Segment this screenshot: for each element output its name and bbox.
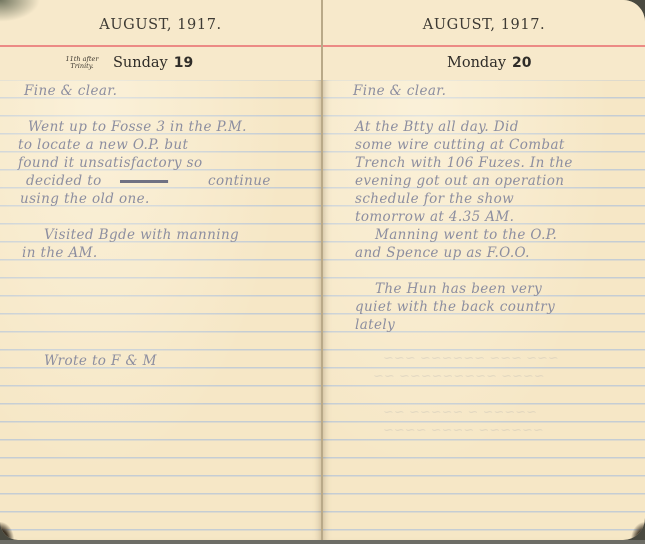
handwritten-line: Went up to Fosse 3 in the P.M.	[28, 119, 247, 135]
handwritten-line: Visited Bgde with manning	[44, 227, 239, 243]
left-day-row: 11th after Trinity. Sunday19	[0, 54, 321, 74]
left-day-number: 19	[174, 55, 193, 71]
handwritten-line: some wire cutting at Combat	[355, 137, 565, 153]
left-page: AUGUST, 1917. 11th after Trinity. Sunday…	[0, 0, 321, 540]
right-weekday: Monday	[447, 55, 506, 71]
left-red-rule	[0, 45, 321, 47]
handwritten-line: schedule for the show	[355, 191, 514, 207]
right-month-header: AUGUST, 1917.	[323, 17, 645, 33]
struck-out-word: xxxxxx	[120, 173, 168, 189]
show-through-text: ~~~~ ~~~~~~~~~ ~~	[373, 369, 545, 384]
left-weekday: Sunday	[113, 55, 168, 71]
right-bottom-corner	[631, 522, 645, 540]
handwritten-line: decided to	[26, 173, 102, 189]
handwritten-line: Trench with 106 Fuzes. In the	[355, 155, 573, 171]
liturgical-note-line2: Trinity.	[64, 63, 100, 70]
handwritten-line: and Spence up as F.O.O.	[355, 245, 530, 261]
handwritten-line: to locate a new O.P. but	[18, 137, 188, 153]
handwritten-line: found it unsatisfactory so	[18, 155, 203, 171]
show-through-text: ~~~~~ ~ ~~~~~ ~~	[383, 405, 537, 420]
handwritten-line: Wrote to F & M	[44, 353, 157, 369]
right-day-row: Monday20	[323, 54, 645, 74]
handwritten-line: continue	[208, 173, 271, 189]
diary-spread: AUGUST, 1917. 11th after Trinity. Sunday…	[0, 0, 645, 544]
handwritten-line: lately	[355, 317, 395, 333]
handwritten-line: in the AM.	[22, 245, 98, 261]
handwritten-line: evening got out an operation	[355, 173, 564, 189]
handwritten-line: quiet with the back country	[355, 299, 555, 315]
handwritten-line: Fine & clear.	[353, 83, 446, 99]
show-through-text: ~~~~~~ ~~~~ ~~~~	[383, 423, 544, 438]
show-through-text: ~~~ ~~~ ~~~~~~ ~~~	[383, 351, 559, 366]
handwritten-line: The Hun has been very	[375, 281, 542, 297]
handwritten-line: using the old one.	[20, 191, 150, 207]
handwritten-line: Fine & clear.	[24, 83, 117, 99]
handwritten-line: Manning went to the O.P.	[375, 227, 557, 243]
handwritten-line: At the Btty all day. Did	[355, 119, 519, 135]
right-day-label: Monday20	[447, 55, 532, 71]
right-day-number: 20	[512, 55, 531, 71]
left-day-label: Sunday19	[113, 55, 193, 71]
left-month-header: AUGUST, 1917.	[0, 17, 321, 33]
right-page: AUGUST, 1917. Monday20 Fine & clear. At …	[323, 0, 645, 540]
right-red-rule	[323, 45, 645, 47]
left-bottom-corner	[0, 522, 14, 540]
page-bottom-edge	[0, 540, 645, 544]
liturgical-note: 11th after Trinity.	[64, 56, 100, 70]
handwritten-line: tomorrow at 4.35 AM.	[355, 209, 514, 225]
